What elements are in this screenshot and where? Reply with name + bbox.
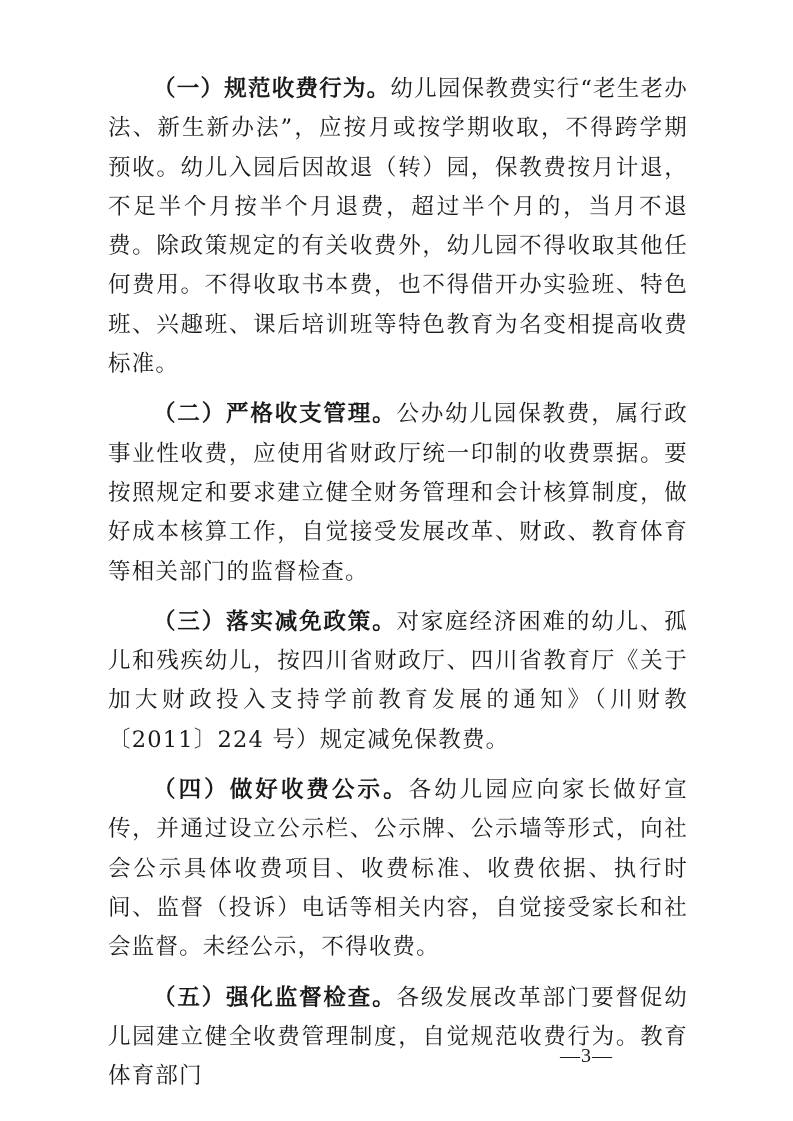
paragraph-4: （四）做好收费公示。各幼儿园应向家长做好宣传，并通过设立公示栏、公示牌、公示墙等…	[108, 771, 688, 967]
paragraph-text: 幼儿园保教费实行“老生老办法、新生新办法”，应按月或按学期收取，不得跨学期预收。…	[108, 76, 688, 377]
section-heading: （五）强化监督检查。	[153, 985, 396, 1011]
paragraph-1: （一）规范收费行为。幼儿园保教费实行“老生老办法、新生新办法”，应按月或按学期收…	[108, 70, 688, 384]
paragraph-text: 公办幼儿园保教费，属行政事业性收费，应使用省财政厅统一印制的收费票据。要按照规定…	[108, 401, 688, 584]
document-body: （一）规范收费行为。幼儿园保教费实行“老生老办法、新生新办法”，应按月或按学期收…	[108, 70, 688, 1107]
paragraph-5: （五）强化监督检查。各级发展改革部门要督促幼儿园建立健全收费管理制度，自觉规范收…	[108, 979, 688, 1097]
paragraph-text: 各幼儿园应向家长做好宣传，并通过设立公示栏、公示牌、公示墙等形式，向社会公示具体…	[108, 777, 688, 960]
section-heading: （四）做好收费公示。	[153, 777, 409, 803]
section-heading: （一）规范收费行为。	[153, 76, 390, 102]
document-page: （一）规范收费行为。幼儿园保教费实行“老生老办法、新生新办法”，应按月或按学期收…	[0, 0, 793, 1121]
paragraph-2: （二）严格收支管理。公办幼儿园保教费，属行政事业性收费，应使用省财政厅统一印制的…	[108, 395, 688, 591]
section-heading: （二）严格收支管理。	[153, 401, 396, 427]
paragraph-3: （三）落实减免政策。对家庭经济困难的幼儿、孤儿和残疾幼儿，按四川省财政厅、四川省…	[108, 603, 688, 760]
page-number: —3—	[560, 1045, 613, 1068]
section-heading: （三）落实减免政策。	[153, 609, 396, 635]
